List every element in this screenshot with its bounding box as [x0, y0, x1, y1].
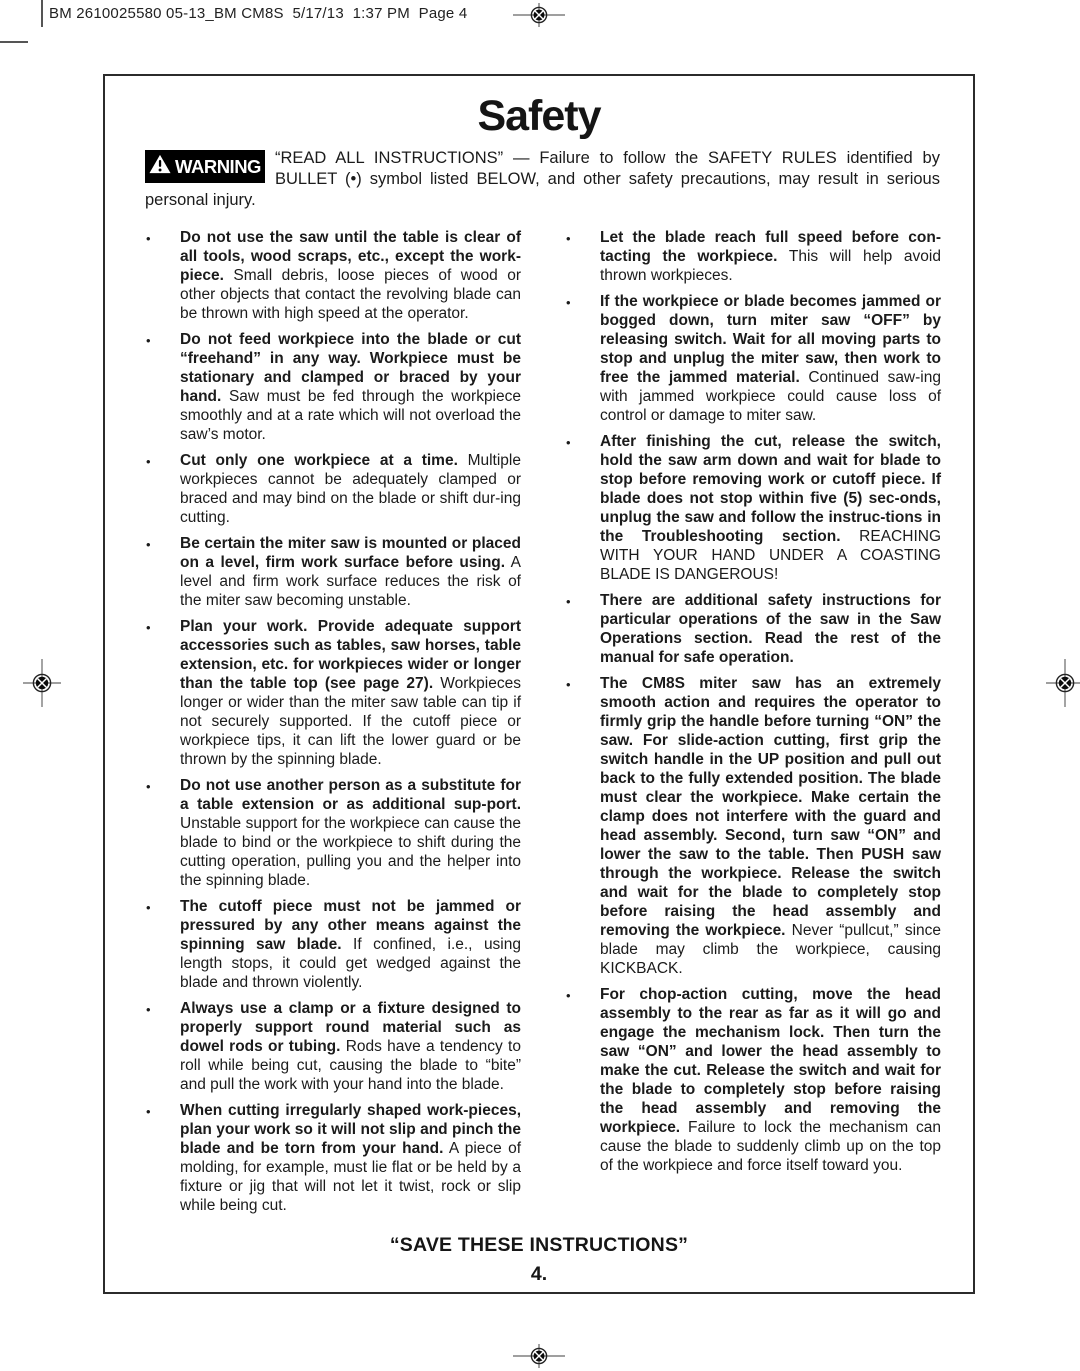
warning-badge: WARNING — [145, 150, 265, 183]
bullet-dot-icon: • — [146, 535, 151, 554]
safety-bullet-item: •Cut only one workpiece at a time. Multi… — [143, 451, 521, 527]
warning-paragraph: WARNING “READ ALL INSTRUCTIONS” — Failur… — [145, 148, 940, 211]
crop-tick-vertical — [41, 0, 43, 27]
save-instructions-line: “SAVE THESE INSTRUCTIONS” — [105, 1234, 973, 1257]
safety-bullet-item: •After finishing the cut, release the sw… — [563, 432, 941, 584]
bullet-dot-icon: • — [146, 1000, 151, 1019]
bullet-dot-icon: • — [566, 675, 571, 694]
page-number: 4. — [105, 1263, 973, 1286]
page-footer: “SAVE THESE INSTRUCTIONS” 4. — [105, 1234, 973, 1286]
bullet-bold-text: Cut only one workpiece at a time. — [180, 452, 458, 469]
bullet-dot-icon: • — [146, 898, 151, 917]
registration-mark-icon — [1043, 657, 1080, 709]
proof-header-text: BM 2610025580 05-13_BM CM8S 5/17/13 1:37… — [49, 5, 467, 22]
registration-mark-icon — [504, 1334, 574, 1371]
bullet-normal-text: Unstable support for the workpiece can c… — [180, 815, 521, 889]
bullet-dot-icon: • — [146, 1102, 151, 1121]
bullet-bold-text: The CM8S miter saw has an extremely smoo… — [600, 675, 941, 939]
safety-bullet-item: •When cutting irregularly shaped work-pi… — [143, 1101, 521, 1215]
bullet-dot-icon: • — [146, 452, 151, 471]
warning-badge-label: WARNING — [175, 156, 261, 177]
safety-bullet-item: •For chop-action cutting, move the head … — [563, 985, 941, 1175]
safety-bullet-item: •If the workpiece or blade becomes jamme… — [563, 292, 941, 425]
warning-triangle-icon — [149, 154, 171, 180]
bullet-dot-icon: • — [566, 433, 571, 452]
bullet-bold-text: For chop-action cutting, move the head a… — [600, 986, 941, 1136]
bullet-dot-icon: • — [566, 229, 571, 248]
safety-bullet-item: •Do not feed workpiece into the blade or… — [143, 330, 521, 444]
bullet-dot-icon: • — [566, 592, 571, 611]
safety-bullet-item: •Always use a clamp or a fixture designe… — [143, 999, 521, 1094]
safety-bullet-item: •Let the blade reach full speed before c… — [563, 228, 941, 285]
safety-bullet-item: •Plan your work. Provide adequate suppor… — [143, 617, 521, 769]
bullet-column-right: •Let the blade reach full speed before c… — [563, 228, 941, 1222]
registration-mark-icon — [504, 0, 574, 37]
safety-bullet-columns: •Do not use the saw until the table is c… — [143, 228, 941, 1222]
safety-page-frame: Safety WARNING “READ ALL INSTRUCTIONS” —… — [103, 74, 975, 1294]
bullet-dot-icon: • — [566, 293, 571, 312]
bullet-normal-text: Saw must be fed through the workpiece sm… — [180, 388, 521, 443]
bullet-normal-text: Small debris, loose pieces of wood or ot… — [180, 267, 521, 322]
bullet-dot-icon: • — [146, 777, 151, 796]
bullet-bold-text: There are additional safety instructions… — [600, 592, 941, 666]
bullet-dot-icon: • — [146, 618, 151, 637]
safety-bullet-item: •The cutoff piece must not be jammed or … — [143, 897, 521, 992]
safety-bullet-item: •The CM8S miter saw has an extremely smo… — [563, 674, 941, 978]
safety-bullet-item: •Do not use another person as a substitu… — [143, 776, 521, 890]
safety-bullet-item: •There are additional safety instruction… — [563, 591, 941, 667]
safety-bullet-item: •Do not use the saw until the table is c… — [143, 228, 521, 323]
crop-tick-horizontal — [0, 41, 28, 43]
registration-mark-icon — [20, 657, 64, 709]
bullet-dot-icon: • — [146, 229, 151, 248]
bullet-dot-icon: • — [146, 331, 151, 350]
bullet-bold-text: Do not use another person as a substitut… — [180, 777, 521, 813]
safety-bullet-item: •Be certain the miter saw is mounted or … — [143, 534, 521, 610]
bullet-bold-text: Be certain the miter saw is mounted or p… — [180, 535, 521, 571]
bullet-column-left: •Do not use the saw until the table is c… — [143, 228, 521, 1222]
page-title: Safety — [105, 92, 973, 141]
bullet-dot-icon: • — [566, 986, 571, 1005]
